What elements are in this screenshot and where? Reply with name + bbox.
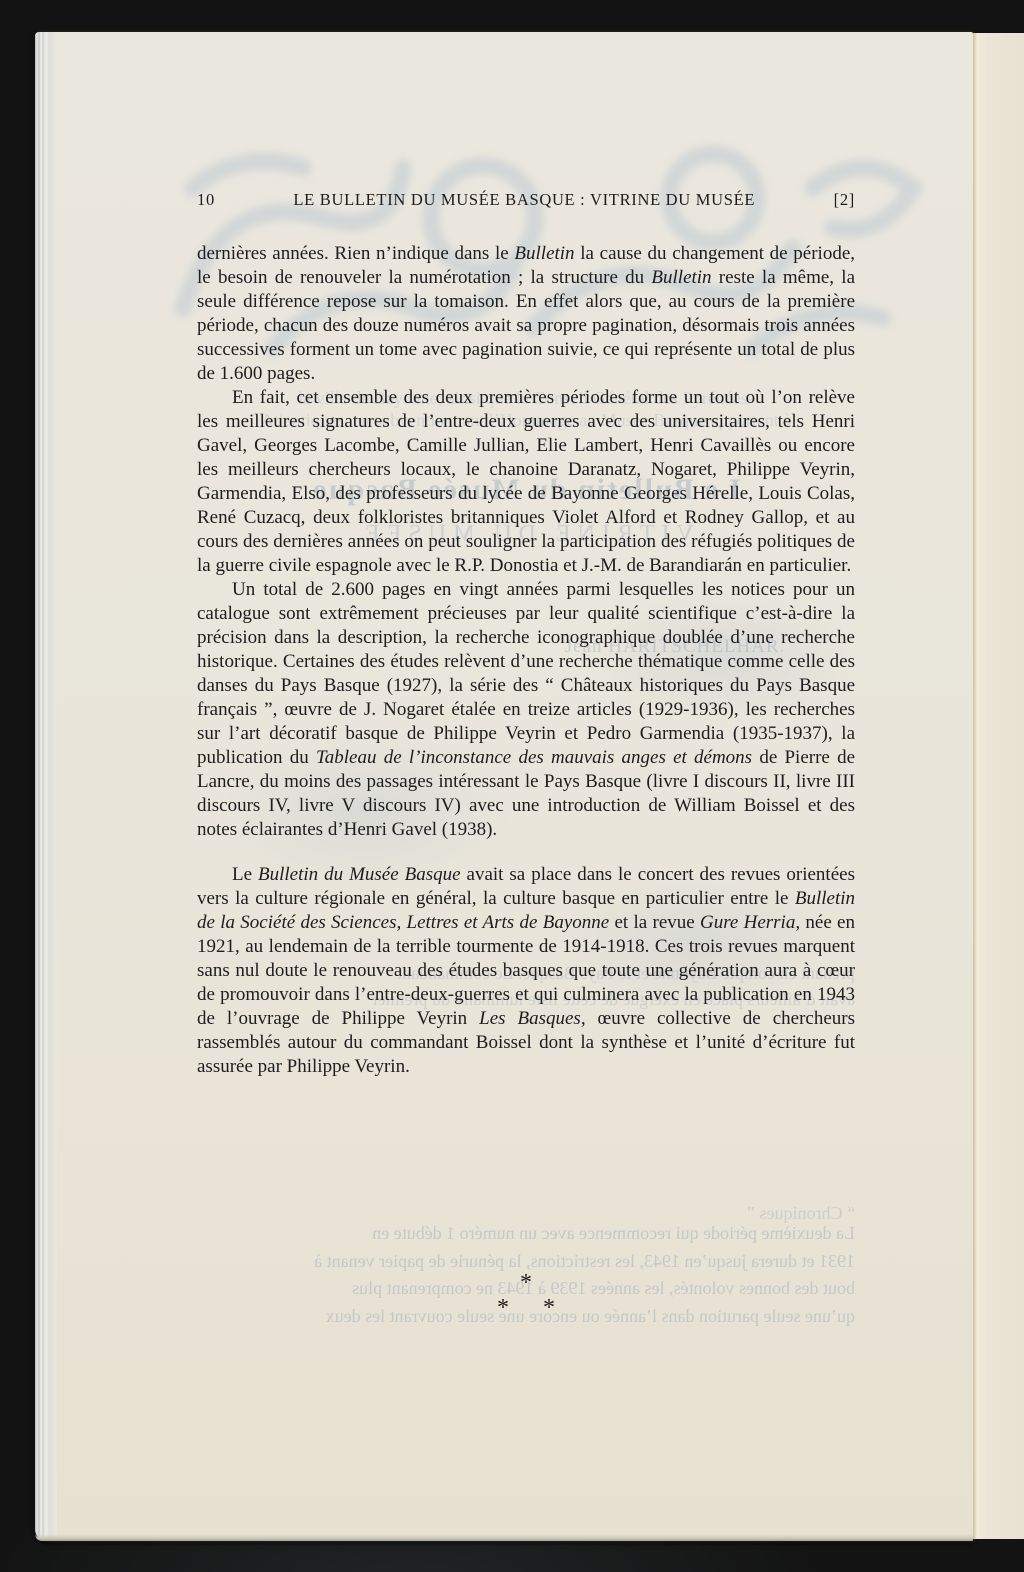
paragraph: dernières années. Rien n’indique dans le… (197, 242, 855, 386)
italic-text: Gure Herria, (700, 912, 800, 933)
asterisk: * (497, 1295, 509, 1322)
italic-text: Tableau de l’inconstance des mauvais ang… (316, 747, 752, 768)
italic-text: Les Basques, (479, 1008, 585, 1029)
paragraph: Le Bulletin du Musée Basque avait sa pla… (197, 863, 855, 1079)
asterisk: * (543, 1295, 555, 1322)
showthrough-chroniques: “ Chroniques ” (197, 1203, 855, 1224)
page-header: 10 LE BULLETIN DU MUSÉE BASQUE : VITRINE… (197, 190, 855, 210)
asterisk: * (520, 1270, 532, 1296)
page-number: 10 (197, 190, 215, 210)
adjacent-page (973, 33, 1024, 1539)
asterism: * (197, 1270, 855, 1297)
body-text: Le (232, 864, 258, 885)
page-edge-bottom (35, 1534, 973, 1541)
showthrough-line: La deuxième période qui recommence avec … (197, 1220, 855, 1248)
italic-text: Bulletin du Musée Basque (258, 864, 461, 885)
page-edge-stack (35, 32, 57, 1541)
book-page: la ville de Bayonne, ainsi que le Consei… (35, 32, 973, 1541)
body-text: et la revue (609, 912, 700, 933)
scanner-background: { "colors": { "background": "#131313", "… (0, 0, 1024, 1572)
italic-text: Bulletin (514, 243, 574, 264)
body-text: En fait, cet ensemble des deux premières… (197, 387, 855, 576)
italic-text: Bulletin (651, 267, 711, 288)
body-text: dernières années. Rien n’indique dans le (197, 243, 514, 264)
paragraph: En fait, cet ensemble des deux premières… (197, 386, 855, 578)
issue-number: [2] (834, 190, 855, 210)
page-body: dernières années. Rien n’indique dans le… (197, 242, 855, 1079)
running-title: LE BULLETIN DU MUSÉE BASQUE : VITRINE DU… (215, 190, 834, 210)
body-text: Un total de 2.600 pages en vingt années … (197, 579, 855, 768)
page-content: 10 LE BULLETIN DU MUSÉE BASQUE : VITRINE… (197, 190, 855, 1079)
asterism: ** (197, 1295, 855, 1322)
paragraph: Un total de 2.600 pages en vingt années … (197, 578, 855, 842)
